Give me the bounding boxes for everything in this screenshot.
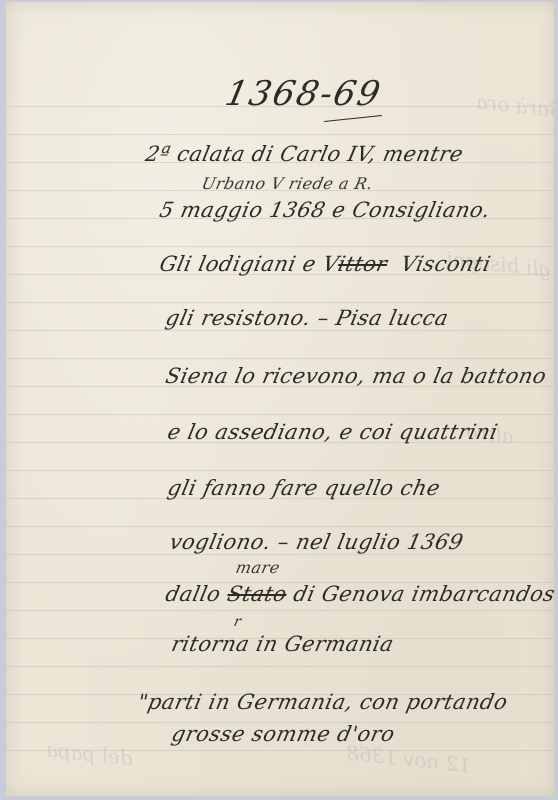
bleed-through-text: Sarà ora [475,90,554,123]
manuscript-line-3: 5 maggio 1368 e Consigliano. [157,198,492,222]
manuscript-line-2: Urbano V riede a R. [200,174,375,193]
manuscript-line-9: vogliono. – nel luglio 1369 [167,530,465,554]
bleed-through-text: del papa [45,738,134,771]
bleed-through-text: 12 nov 1368 [345,741,472,778]
manuscript-line-12: "parti in Germania, con portando [135,690,510,714]
ruled-line [6,358,554,359]
line-10-rest: di Genova imbarcandosi [284,582,554,606]
manuscript-line-8: gli fanno fare quello che [165,476,442,500]
manuscript-line-5: gli resistono. – Pisa lucca [163,306,450,330]
title-underline [324,115,382,122]
manuscript-line-4: Gli lodigiani e VittorVisconti [157,252,493,276]
ruled-line [6,666,554,667]
line-10-start: dallo [163,582,230,606]
manuscript-line-7: e lo assediano, e coi quattrini [165,420,500,444]
insertion-above-line-10: mare [234,558,282,577]
ruled-line [6,414,554,415]
ruled-line [6,470,554,471]
ruled-line [6,554,554,555]
struck-word: Stato [225,582,289,606]
manuscript-page: Sarà ora gli bisogni altro del papa 12 n… [6,2,554,796]
page-title: 1368-69 [222,74,386,114]
ruled-line [6,330,554,331]
line-4-text: Gli lodigiani e V [157,252,341,276]
ruled-line [6,610,554,611]
ruled-line [6,246,554,247]
ruled-line [6,526,554,527]
manuscript-line-13: grosse somme d'oro [169,722,397,746]
line-4-after: Visconti [399,252,493,276]
ruled-line [6,302,554,303]
manuscript-line-1: 2ª calata di Carlo IV, mentre [143,142,465,166]
manuscript-line-10: dallo Stato di Genova imbarcandosi [163,582,554,606]
manuscript-line-6: Siena lo ricevono, ma o la battono [163,364,548,388]
struck-word: ittor [336,252,390,276]
insertion-above-line-11: r [232,614,243,630]
ruled-line [6,134,554,135]
manuscript-line-11: ritorna in Germania [169,632,396,656]
